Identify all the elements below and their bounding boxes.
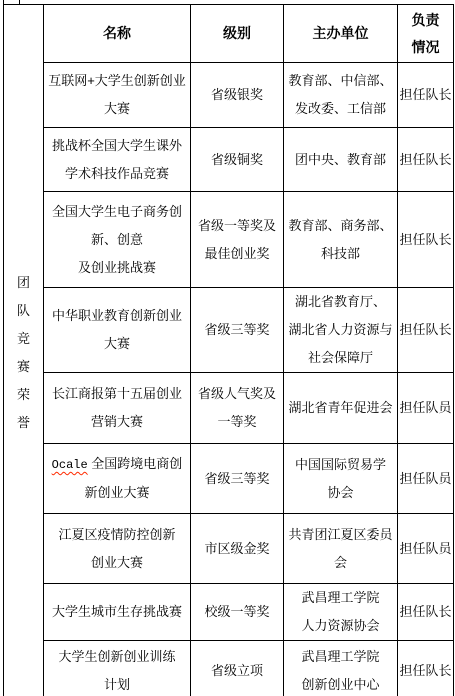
cell-award-level: 省级立项 bbox=[191, 641, 284, 696]
cell-role: 担任队员 bbox=[398, 444, 454, 514]
cell-competition-name: 大学生创新创业训练 计划 bbox=[44, 641, 191, 696]
cell-role: 担任队长 bbox=[398, 128, 454, 192]
column-header-level: 级别 bbox=[191, 5, 284, 63]
cell-organizer: 教育部、中信部、 发改委、工信部 bbox=[284, 63, 398, 128]
cell-competition-name: 互联网+大学生创新创业 大赛 bbox=[44, 63, 191, 128]
cell-competition-name: 长江商报第十五届创业 营销大赛 bbox=[44, 373, 191, 444]
table-row: 大学生创新创业训练 计划 省级立项 武昌理工学院 创新创业中心 担任队长 bbox=[4, 641, 454, 696]
cell-organizer: 武昌理工学院 人力资源协会 bbox=[284, 584, 398, 641]
cell-role: 担任队长 bbox=[398, 584, 454, 641]
table-row: 全国大学生电子商务创 新、创意 及创业挑战赛 省级一等奖及 最佳创业奖 教育部、… bbox=[4, 192, 454, 288]
cell-competition-name: 中华职业教育创新创业 大赛 bbox=[44, 288, 191, 373]
cell-award-level: 市区级金奖 bbox=[191, 514, 284, 584]
cell-organizer: 中国国际贸易学 协会 bbox=[284, 444, 398, 514]
table-header-row: 团 队 竞 赛 荣 誉 名称 级别 主办单位 负责 情况 bbox=[4, 5, 454, 63]
cell-award-level: 省级一等奖及 最佳创业奖 bbox=[191, 192, 284, 288]
cell-organizer: 湖北省教育厅、 湖北省人力资源与 社会保障厅 bbox=[284, 288, 398, 373]
misspelled-word: Ocale bbox=[52, 458, 88, 472]
cell-award-level: 省级三等奖 bbox=[191, 288, 284, 373]
table-row: 中华职业教育创新创业 大赛 省级三等奖 湖北省教育厅、 湖北省人力资源与 社会保… bbox=[4, 288, 454, 373]
cell-award-level: 省级铜奖 bbox=[191, 128, 284, 192]
cell-competition-name: 江夏区疫情防控创新 创业大赛 bbox=[44, 514, 191, 584]
table-row: 长江商报第十五届创业 营销大赛 省级人气奖及 一等奖 湖北省青年促进会 担任队员 bbox=[4, 373, 454, 444]
table-row: 大学生城市生存挑战赛 校级一等奖 武昌理工学院 人力资源协会 担任队长 bbox=[4, 584, 454, 641]
cell-role: 担任队长 bbox=[398, 192, 454, 288]
document-page: 团 队 竞 赛 荣 誉 名称 级别 主办单位 负责 情况 互联网+大学生创新创业… bbox=[0, 0, 455, 696]
cell-role: 担任队长 bbox=[398, 641, 454, 696]
column-header-role: 负责 情况 bbox=[398, 5, 454, 63]
cell-competition-name: 全国大学生电子商务创 新、创意 及创业挑战赛 bbox=[44, 192, 191, 288]
competition-name-text: 全国跨境电商创 新创业大赛 bbox=[84, 456, 182, 500]
cell-competition-name: 挑战杯全国大学生课外 学术科技作品竞赛 bbox=[44, 128, 191, 192]
table-row: Ocale 全国跨境电商创 新创业大赛 省级三等奖 中国国际贸易学 协会 担任队… bbox=[4, 444, 454, 514]
column-header-organizer: 主办单位 bbox=[284, 5, 398, 63]
cell-role: 担任队长 bbox=[398, 63, 454, 128]
cell-role: 担任队员 bbox=[398, 373, 454, 444]
cell-role: 担任队长 bbox=[398, 288, 454, 373]
cell-award-level: 校级一等奖 bbox=[191, 584, 284, 641]
cell-award-level: 省级三等奖 bbox=[191, 444, 284, 514]
team-honors-table: 团 队 竞 赛 荣 誉 名称 级别 主办单位 负责 情况 互联网+大学生创新创业… bbox=[3, 4, 454, 696]
cell-organizer: 湖北省青年促进会 bbox=[284, 373, 398, 444]
cell-organizer: 团中央、教育部 bbox=[284, 128, 398, 192]
cell-organizer: 武昌理工学院 创新创业中心 bbox=[284, 641, 398, 696]
cell-award-level: 省级银奖 bbox=[191, 63, 284, 128]
cell-award-level: 省级人气奖及 一等奖 bbox=[191, 373, 284, 444]
cell-role: 担任队员 bbox=[398, 514, 454, 584]
row-group-label-team-competition-honors: 团 队 竞 赛 荣 誉 bbox=[4, 5, 44, 696]
cell-organizer: 教育部、商务部、 科技部 bbox=[284, 192, 398, 288]
table-row: 互联网+大学生创新创业 大赛 省级银奖 教育部、中信部、 发改委、工信部 担任队… bbox=[4, 63, 454, 128]
column-header-name: 名称 bbox=[44, 5, 191, 63]
cell-organizer: 共青团江夏区委员 会 bbox=[284, 514, 398, 584]
table-row: 江夏区疫情防控创新 创业大赛 市区级金奖 共青团江夏区委员 会 担任队员 bbox=[4, 514, 454, 584]
cell-competition-name: Ocale 全国跨境电商创 新创业大赛 bbox=[44, 444, 191, 514]
table-row: 挑战杯全国大学生课外 学术科技作品竞赛 省级铜奖 团中央、教育部 担任队长 bbox=[4, 128, 454, 192]
cell-competition-name: 大学生城市生存挑战赛 bbox=[44, 584, 191, 641]
